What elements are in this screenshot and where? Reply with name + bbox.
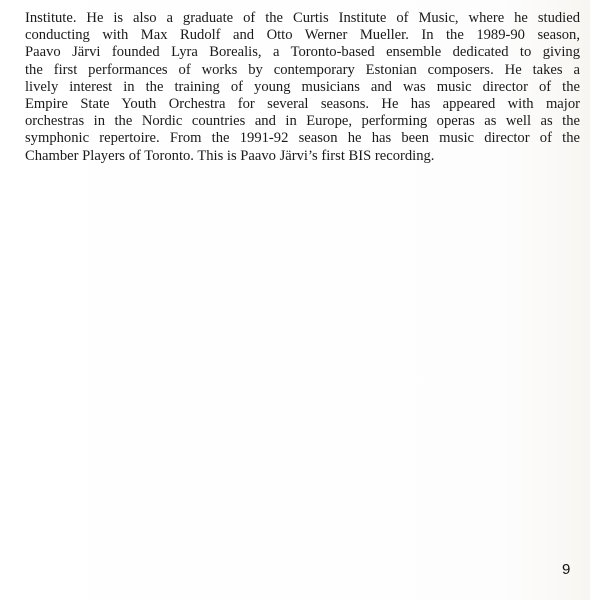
- booklet-page: Institute. He is also a graduate of the …: [0, 0, 590, 600]
- text-line: Institute. He is also a graduate of the …: [25, 10, 580, 27]
- page-number: 9: [562, 561, 570, 578]
- text-line: conducting with Max Rudolf and Otto Wern…: [25, 27, 580, 44]
- text-line: symphonic repertoire. From the 1991-92 s…: [25, 130, 580, 147]
- text-line: orchestras in the Nordic countries and i…: [25, 113, 580, 130]
- text-line: Empire State Youth Orchestra for several…: [25, 96, 580, 113]
- text-line: the first performances of works by conte…: [25, 62, 580, 79]
- text-line: lively interest in the training of young…: [25, 79, 580, 96]
- biography-paragraph: Institute. He is also a graduate of the …: [25, 10, 585, 165]
- text-line: Chamber Players of Toronto. This is Paav…: [25, 148, 580, 165]
- text-line: Paavo Järvi founded Lyra Borealis, a Tor…: [25, 44, 580, 61]
